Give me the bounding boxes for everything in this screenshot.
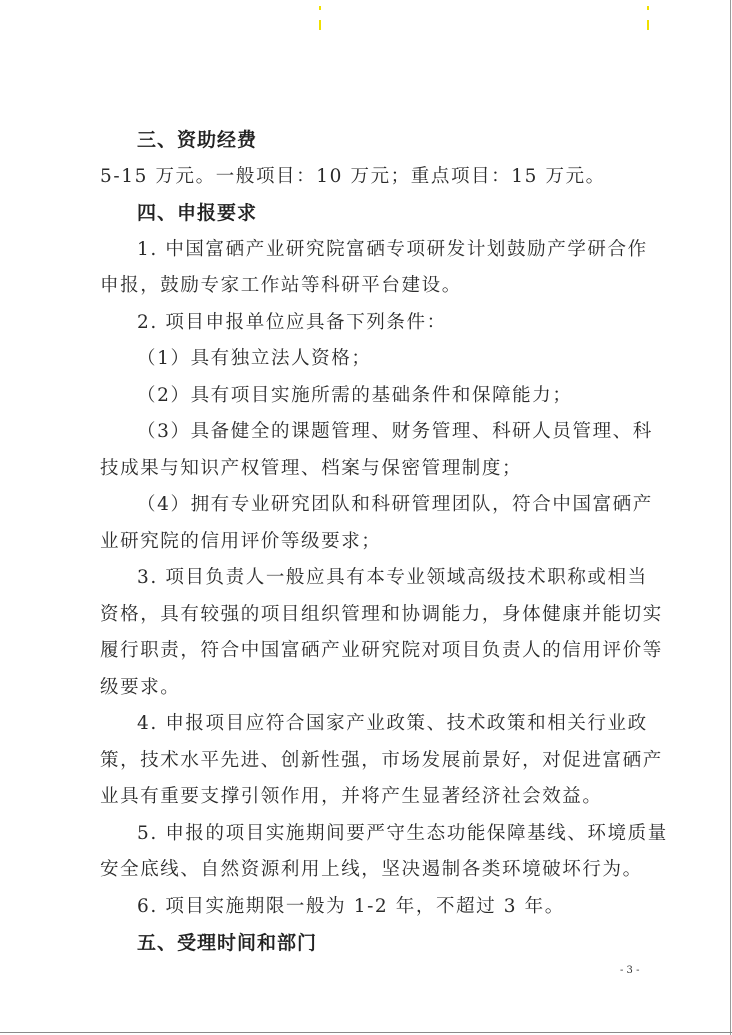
condition-3-line-2: 技成果与知识产权管理、档案与保密管理制度； [100,451,640,488]
page-number: - 3 - [620,965,639,976]
condition-3-line-1: （3）具备健全的课题管理、财务管理、科研人员管理、科 [100,414,640,451]
section-heading-acceptance: 五、受理时间和部门 [100,925,640,962]
section-heading-requirements: 四、申报要求 [100,195,640,232]
document-body: 三、资助经费 5-15 万元。一般项目：10 万元；重点项目：15 万元。 四、… [100,122,640,962]
section-heading-funding: 三、资助经费 [100,122,640,159]
requirement-3-line-1: 3. 项目负责人一般应具有本专业领域高级技术职称或相当 [100,560,640,597]
requirement-4-line-3: 业具有重要支撑引领作用，并将产生显著经济社会效益。 [100,779,640,816]
condition-2: （2）具有项目实施所需的基础条件和保障能力； [100,378,640,415]
requirement-3-line-3: 履行职责，符合中国富硒产业研究院对项目负责人的信用评价等 [100,633,640,670]
binding-mark-right [647,20,649,30]
requirement-2-line-1: 2. 项目申报单位应具备下列条件： [100,305,640,342]
requirement-4-line-2: 策，技术水平先进、创新性强，市场发展前景好，对促进富硒产 [100,743,640,780]
binding-mark-top-left [319,6,321,10]
requirement-3-line-2: 资格，具有较强的项目组织管理和协调能力，身体健康并能切实 [100,597,640,634]
page-border-bottom [0,1032,732,1033]
condition-1: （1）具有独立法人资格； [100,341,640,378]
requirement-3-line-4: 级要求。 [100,670,640,707]
requirement-5-line-2: 安全底线、自然资源利用上线，坚决遏制各类环境破坏行为。 [100,852,640,889]
funding-text: 5-15 万元。一般项目：10 万元；重点项目：15 万元。 [100,159,640,196]
requirement-5-line-1: 5. 申报的项目实施期间要严守生态功能保障基线、环境质量 [100,816,640,853]
binding-mark-top-right [647,6,649,10]
requirement-1-line-2: 申报，鼓励专家工作站等科研平台建设。 [100,268,640,305]
requirement-4-line-1: 4. 申报项目应符合国家产业政策、技术政策和相关行业政 [100,706,640,743]
binding-mark-left [319,20,321,30]
page-border-right [730,0,731,1035]
condition-4-line-2: 业研究院的信用评价等级要求； [100,524,640,561]
condition-4-line-1: （4）拥有专业研究团队和科研管理团队，符合中国富硒产 [100,487,640,524]
requirement-6: 6. 项目实施期限一般为 1-2 年，不超过 3 年。 [100,889,640,926]
requirement-1-line-1: 1. 中国富硒产业研究院富硒专项研发计划鼓励产学研合作 [100,232,640,269]
